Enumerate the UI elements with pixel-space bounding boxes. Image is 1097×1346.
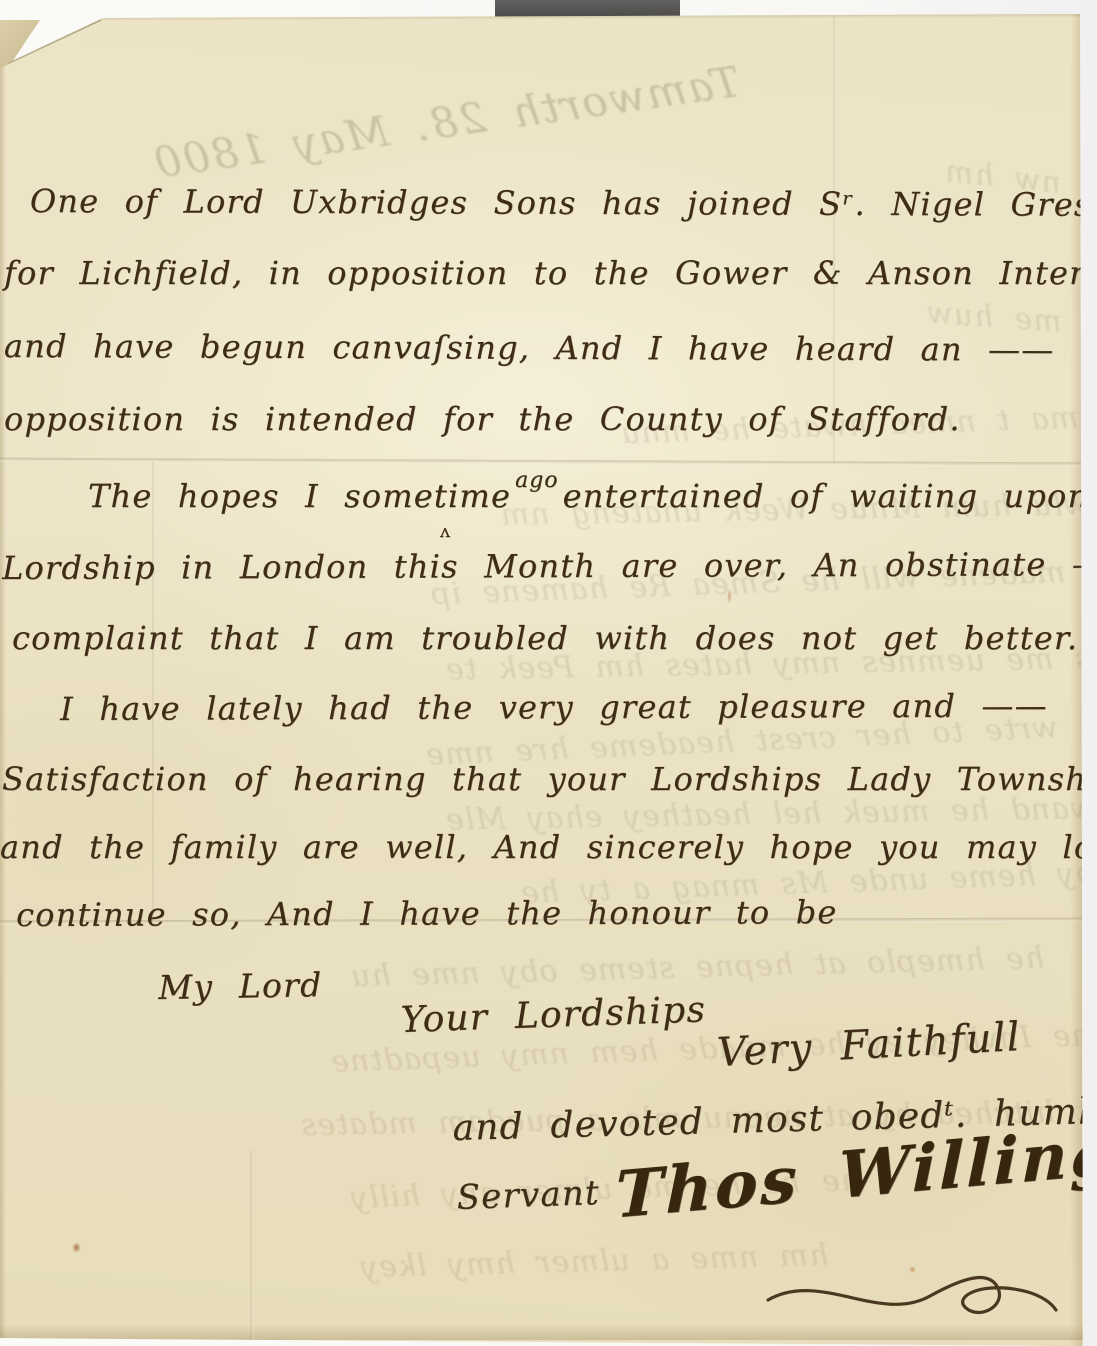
closing-salutation: My Lord <box>158 965 323 1007</box>
fold-crease-horizontal <box>0 458 1082 467</box>
letter-line: Satisfaction of hearing that your Lordsh… <box>2 760 1097 798</box>
bleedthrough-date: Tamworth 28. May 1800 <box>149 57 742 188</box>
letter-line: One of Lord Uxbridges Sons has joined Sʳ… <box>30 182 1097 224</box>
letter-line: I have lately had the very great pleasur… <box>60 687 1048 728</box>
fold-crease-vertical <box>833 14 837 462</box>
letter-paper: Tamworth 28. May 1800 nw hm me huw uma t… <box>0 0 1097 1346</box>
bleedthrough-line: he hmeplo at hepne steme oby nme hu <box>350 941 1045 994</box>
letter-line: complaint that I am troubled with does n… <box>12 619 1078 657</box>
bleedthrough-line: hm nme a ulmer hmy lkey <box>360 1238 829 1285</box>
scanned-letter-page: Tamworth 28. May 1800 nw hm me huw uma t… <box>0 0 1097 1346</box>
closing-servant: Servant <box>456 1173 600 1218</box>
inserted-word-above-line: ago <box>515 468 558 493</box>
insertion-caret: ʌ <box>440 521 451 542</box>
fold-crease-vertical <box>250 1150 254 1340</box>
paper-left-edge <box>0 60 6 1340</box>
letter-line-fragment: entertained of waiting upon your <box>563 477 1097 515</box>
letter-line: The hopes I sometimeagoentertained of wa… <box>88 477 1097 515</box>
letter-line: Lordship in London this Month are over, … <box>2 545 1097 587</box>
signature-flourish <box>760 1262 1060 1332</box>
letter-line: and have begun canvaſsing, And I have he… <box>4 327 1055 369</box>
letter-line: and the family are well, And sincerely h… <box>0 828 1097 866</box>
letter-line: for Lichfield, in opposition to the Gowe… <box>4 254 1097 292</box>
closing-very-faithfull: Very Faithfull <box>716 1014 1022 1076</box>
letter-line: continue so, And I have the honour to be <box>16 893 838 934</box>
foxing-spot <box>72 1242 81 1253</box>
letter-line-fragment: The hopes I sometime <box>88 477 511 515</box>
letter-line: opposition is intended for the County of… <box>4 400 961 438</box>
